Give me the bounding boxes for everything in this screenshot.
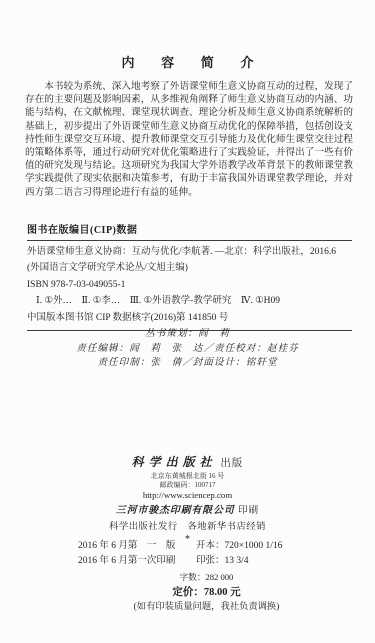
cip-data-block: 图书在版编目(CIP)数据 外语课堂师生意义协商：互动与优化/李航著. —北京：… — [27, 221, 352, 331]
series-planner-line: 丛书策划：阎 莉 — [0, 327, 375, 342]
edition-row: 2016 年 6 月第 一 版 开本：720×1000 1/16 — [78, 539, 335, 554]
content-intro-paragraph: 本书较为系统、深入地考察了外语课堂师生意义协商互动的过程，发现了存在的主要问题及… — [25, 80, 353, 199]
printer-name: 三河市骏杰印刷有限公司 — [116, 505, 235, 516]
cip-heading: 图书在版编目(CIP)数据 — [27, 221, 352, 236]
edition-date: 2016 年 6 月第 一 版 — [78, 539, 196, 554]
content-intro-title: 内 容 简 介 — [0, 52, 375, 71]
printer-line: 三河市骏杰印刷有限公司 印刷 — [0, 504, 375, 518]
publisher-postcode: 邮政编码：100717 — [0, 481, 375, 490]
editorial-staff-block: 丛书策划：阎 莉 责任编辑：阎 莉 张 达／责任校对：赵桂芬 责任印制：张 倩／… — [0, 327, 375, 371]
printer-suffix: 印刷 — [235, 506, 259, 516]
printing-design-line: 责任印制：张 倩／封面设计：铭轩堂 — [0, 356, 375, 371]
impression-date: 2016 年 6 月第一次印刷 — [78, 554, 196, 569]
divider-top — [27, 240, 352, 241]
publisher-block: 科学出版社 出版 北京东黄城根北街 16 号 邮政编码：100717 http:… — [0, 456, 375, 545]
impression-row: 2016 年 6 月第一次印刷 印张：13 3/4 — [78, 554, 335, 569]
book-copyright-page: 内 容 简 介 本书较为系统、深入地考察了外语课堂师生意义协商互动的过程，发现了… — [0, 0, 375, 643]
publisher-logo-text: 科学出版社 — [132, 455, 217, 469]
publish-suffix: 出版 — [217, 458, 244, 469]
print-info-block: 2016 年 6 月第 一 版 开本：720×1000 1/16 2016 年 … — [78, 539, 335, 614]
quality-note: (如有印装质量问题，我社负责调换) — [78, 600, 335, 614]
publisher-address: 北京东黄城根北街 16 号 — [0, 472, 375, 481]
word-count: 字数：282 000 — [78, 570, 335, 584]
cip-record-line: 中国版本图书馆 CIP 数据核字(2016)第 141850 号 — [27, 310, 352, 326]
publisher-name-line: 科学出版社 出版 — [0, 456, 375, 470]
distribution-line: 科学出版社发行 各地新华书店经销 — [0, 521, 375, 533]
responsible-editors-line: 责任编辑：阎 莉 张 达／责任校对：赵桂芬 — [0, 342, 375, 357]
cip-title-line: 外语课堂师生意义协商：互动与优化/李航著. —北京：科学出版社，2016.6 — [27, 244, 352, 260]
price: 定价：78.00 元 — [78, 585, 335, 600]
format-value: 开本：720×1000 1/16 — [196, 539, 335, 554]
cip-isbn-line: ISBN 978-7-03-049055-1 — [27, 277, 352, 293]
sheets-value: 印张：13 3/4 — [196, 554, 335, 569]
cip-classification-line: Ⅰ. ①外… Ⅱ. ①李… Ⅲ. ①外语教学-教学研究 Ⅳ. ①H09 — [27, 293, 352, 309]
cip-series-line: (外国语言文学研究学术论丛/文旭主编) — [27, 260, 352, 276]
publisher-website: http://www.sciencep.com — [0, 490, 375, 501]
